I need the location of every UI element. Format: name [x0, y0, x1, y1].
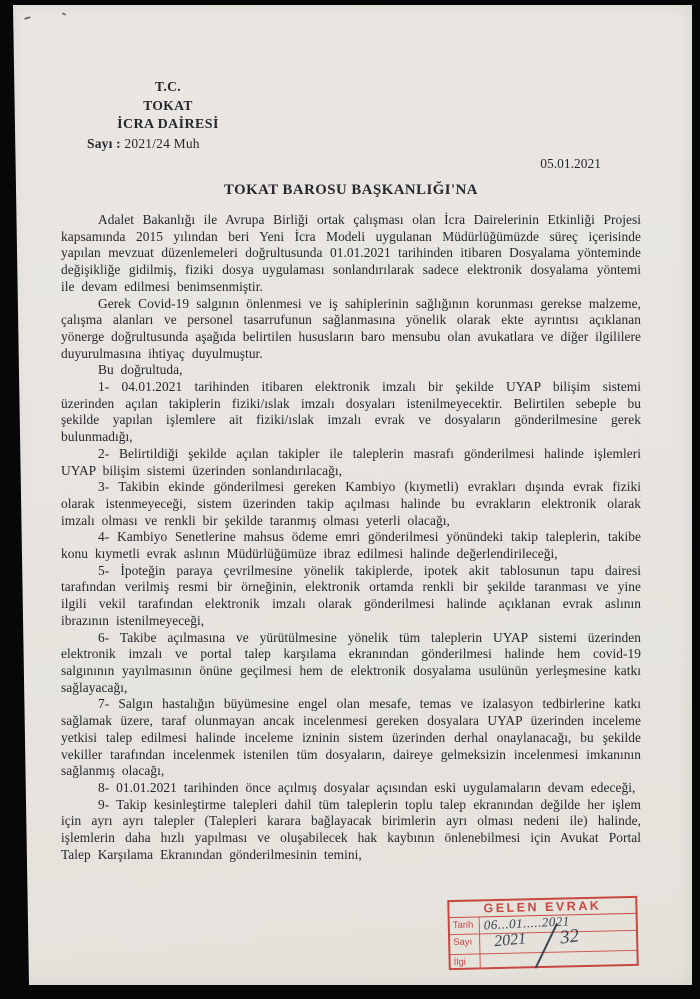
- document-page: T.C. TOKAT İCRA DAİRESİ Sayı : 2021/24 M…: [11, 5, 692, 985]
- handwritten-year: 2021: [493, 930, 527, 951]
- list-item: 3- Takibin ekinde gönderilmesi gereken K…: [61, 479, 641, 529]
- handwritten-number: 32: [559, 925, 581, 949]
- letterhead-city: TOKAT: [77, 96, 259, 115]
- reference-number-line: Sayı : 2021/24 Muh: [87, 134, 259, 153]
- stamp-label-sayi: Sayı: [450, 934, 480, 954]
- list-item: 8- 01.01.2021 tarihinden önce açılmış do…: [61, 780, 641, 797]
- list-item: 4- Kambiyo Senetlerine mahsus ödeme emri…: [61, 529, 641, 562]
- letterhead-country: T.C.: [77, 77, 259, 96]
- stamp-frame: GELEN EVRAK Tarih Sayı İlgi: [447, 896, 639, 970]
- document-date: 05.01.2021: [61, 156, 641, 172]
- scan-edge-shadow: [11, 5, 33, 985]
- stamp-label-tarih: Tarih: [450, 917, 480, 934]
- reference-value: 2021/24 Muh: [124, 136, 199, 151]
- stamp-label-ilgi: İlgi: [450, 954, 480, 970]
- scan-speck: [24, 16, 31, 20]
- list-item: 1- 04.01.2021 tarihinden itibaren elektr…: [61, 379, 641, 446]
- list-item: 6- Takibe açılmasına ve yürütülmesine yö…: [61, 630, 641, 697]
- letter-content: T.C. TOKAT İCRA DAİRESİ Sayı : 2021/24 M…: [61, 5, 641, 863]
- paragraph-intro-2: Gerek Covid-19 salgının önlenmesi ve iş …: [61, 296, 641, 363]
- paragraph-intro-1: Adalet Bakanlığı ile Avrupa Birliği orta…: [61, 212, 641, 296]
- incoming-document-stamp: GELEN EVRAK Tarih Sayı İlgi 06...01.....…: [447, 896, 639, 970]
- letterhead: T.C. TOKAT İCRA DAİRESİ Sayı : 2021/24 M…: [77, 5, 259, 153]
- list-item: 9- Takip kesinleştirme talepleri dahil t…: [61, 797, 641, 864]
- scanned-document: { "document": { "header": { "country": "…: [0, 0, 700, 999]
- document-title: TOKAT BAROSU BAŞKANLIĞI'NA: [61, 182, 641, 199]
- list-item: 5- İpoteğin paraya çevrilmesine yönelik …: [61, 563, 641, 630]
- letter-body: Adalet Bakanlığı ile Avrupa Birliği orta…: [61, 212, 641, 863]
- stamp-cell-ilgi: [480, 951, 636, 970]
- list-item: 2- Belirtildiği şekilde açılan takipler …: [61, 446, 641, 479]
- reference-label: Sayı :: [87, 136, 121, 151]
- list-item: 7- Salgın hastalığın büyümesine engel ol…: [61, 696, 641, 780]
- letterhead-office: İCRA DAİRESİ: [77, 115, 259, 134]
- paragraph-lead-in: Bu doğrultuda,: [61, 362, 641, 379]
